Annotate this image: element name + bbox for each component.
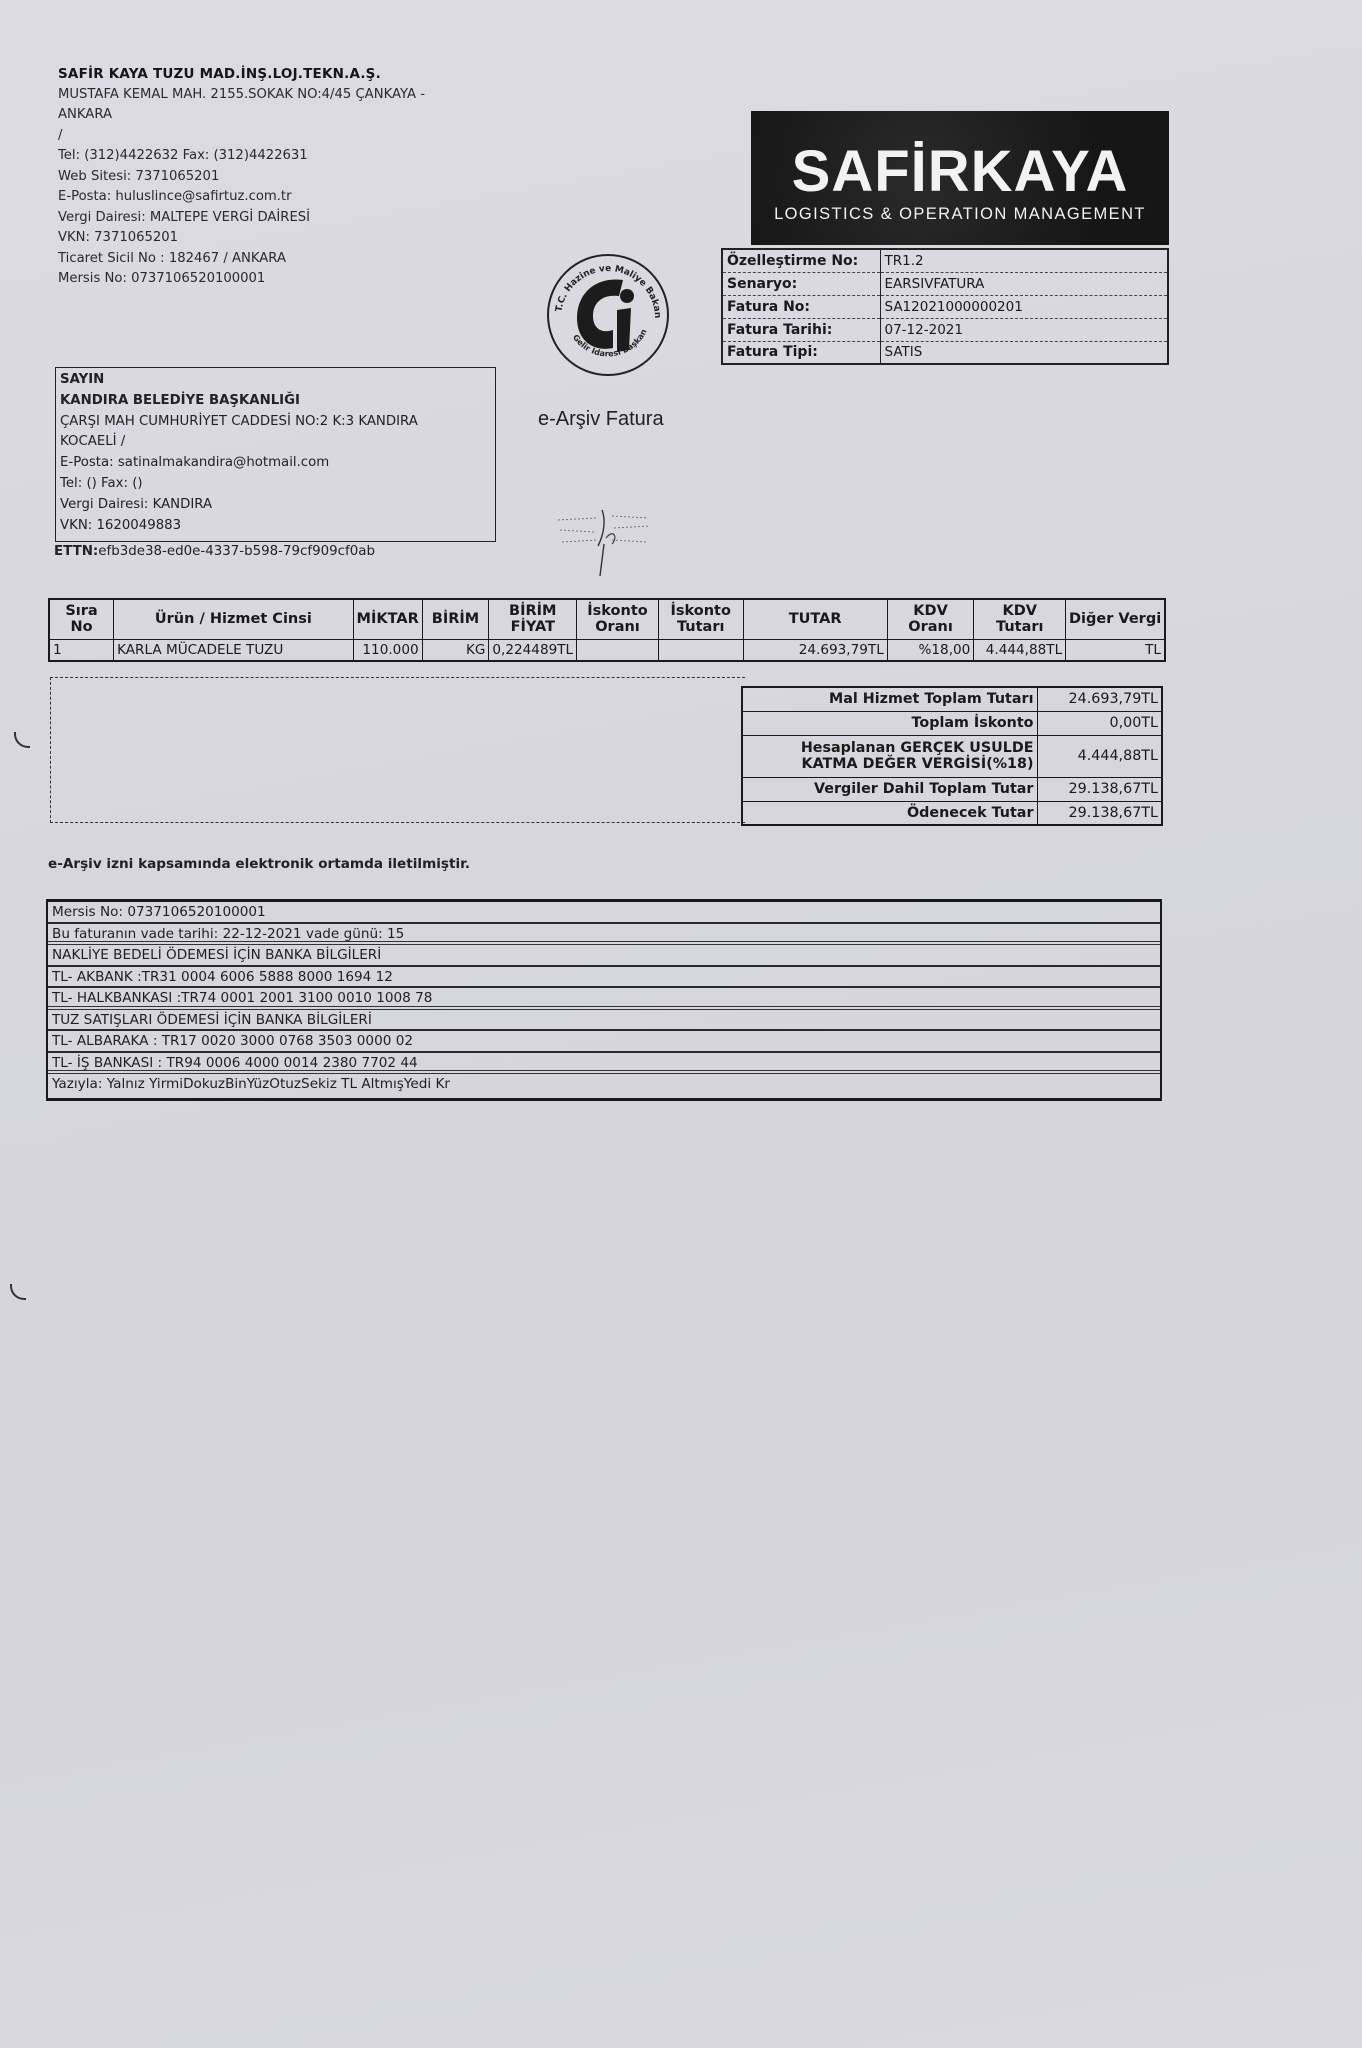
cell-amount: 24.693,79TL — [743, 639, 887, 661]
cell-unit-price: 0,224489TL — [489, 639, 577, 661]
cell-product: KARLA MÜCADELE TUZU — [114, 639, 354, 661]
col-header: Ürün / Hizmet Cinsi — [114, 599, 354, 639]
totals-value: 29.138,67TL — [1037, 801, 1162, 825]
col-header: KDV Oranı — [887, 599, 974, 639]
line-items-table: Sıra No Ürün / Hizmet Cinsi MİKTAR BİRİM… — [48, 598, 1166, 662]
meta-label: Fatura No: — [722, 295, 880, 318]
totals-value: 0,00TL — [1037, 711, 1162, 735]
buyer-salutation: SAYIN — [60, 370, 491, 391]
seller-address-line2: ANKARA — [58, 105, 498, 126]
seller-vkn: VKN: 7371065201 — [58, 228, 498, 249]
col-header: İskonto Tutarı — [658, 599, 743, 639]
buyer-address-line1: ÇARŞI MAH CUMHURİYET CADDESİ NO:2 K:3 KA… — [60, 412, 491, 433]
signature-stamp-icon — [556, 508, 652, 578]
meta-row-invoice-date: Fatura Tarihi: 07-12-2021 — [722, 318, 1168, 341]
notes-area — [50, 677, 745, 823]
totals-row-vat: Hesaplanan GERÇEK USULDE KATMA DEĞER VER… — [742, 735, 1162, 777]
cell-discount-amount — [658, 639, 743, 661]
col-header: BİRİM — [422, 599, 489, 639]
totals-label: Toplam İskonto — [742, 711, 1037, 735]
note-salt-sales-bank-header: TUZ SATIŞLARI ÖDEMESİ İÇİN BANKA BİLGİLE… — [48, 1010, 1160, 1032]
meta-label: Özelleştirme No: — [722, 249, 880, 272]
ettn-label: ETTN: — [54, 544, 98, 559]
cell-unit: KG — [422, 639, 489, 661]
note-halkbank-iban: TL- HALKBANKASI :TR74 0001 2001 3100 001… — [48, 988, 1160, 1010]
seller-email: E-Posta: huluslince@safirtuz.com.tr — [58, 187, 498, 208]
seller-trade-registry: Ticaret Sicil No : 182467 / ANKARA — [58, 249, 498, 270]
buyer-vkn: VKN: 1620049883 — [60, 516, 491, 537]
buyer-name: KANDIRA BELEDİYE BAŞKANLIĞI — [60, 391, 491, 412]
note-isbank-iban: TL- İŞ BANKASI : TR94 0006 4000 0014 238… — [48, 1053, 1160, 1075]
meta-label: Fatura Tipi: — [722, 341, 880, 364]
totals-row-goods-total: Mal Hizmet Toplam Tutarı 24.693,79TL — [742, 687, 1162, 711]
col-header: KDV Tutarı — [974, 599, 1066, 639]
meta-label: Fatura Tarihi: — [722, 318, 880, 341]
payment-notes-table: Mersis No: 0737106520100001 Bu faturanın… — [46, 899, 1162, 1101]
meta-row-customization: Özelleştirme No: TR1.2 — [722, 249, 1168, 272]
col-header: Diğer Vergi — [1066, 599, 1165, 639]
col-header: BİRİM FİYAT — [489, 599, 577, 639]
totals-row-discount: Toplam İskonto 0,00TL — [742, 711, 1162, 735]
seller-website: Web Sitesi: 7371065201 — [58, 167, 498, 188]
items-header-row: Sıra No Ürün / Hizmet Cinsi MİKTAR BİRİM… — [49, 599, 1165, 639]
note-due-date: Bu faturanın vade tarihi: 22-12-2021 vad… — [48, 924, 1160, 946]
seller-mersis: Mersis No: 0737106520100001 — [58, 269, 498, 290]
totals-row-total-incl-tax: Vergiler Dahil Toplam Tutar 29.138,67TL — [742, 777, 1162, 801]
note-mersis: Mersis No: 0737106520100001 — [48, 902, 1160, 924]
transmit-note: e-Arşiv izni kapsamında elektronik ortam… — [48, 856, 470, 872]
gib-seal-icon: T.C. Hazine ve Maliye Bakanlığı Gelir İd… — [545, 252, 671, 378]
meta-row-invoice-no: Fatura No: SA12021000000201 — [722, 295, 1168, 318]
totals-row-payable: Ödenecek Tutar 29.138,67TL — [742, 801, 1162, 825]
paper-mark — [10, 1284, 26, 1300]
cell-vat-amount: 4.444,88TL — [974, 639, 1066, 661]
col-header: MİKTAR — [353, 599, 422, 639]
logo-subtitle: LOGISTICS & OPERATION MANAGEMENT — [751, 205, 1169, 224]
seller-company-name: SAFİR KAYA TUZU MAD.İNŞ.LOJ.TEKN.A.Ş. — [58, 64, 498, 85]
buyer-address-line2: KOCAELİ / — [60, 432, 491, 453]
totals-label: Vergiler Dahil Toplam Tutar — [742, 777, 1037, 801]
meta-row-invoice-type: Fatura Tipi: SATIS — [722, 341, 1168, 364]
note-shipping-bank-header: NAKLİYE BEDELİ ÖDEMESİ İÇİN BANKA BİLGİL… — [48, 945, 1160, 967]
cell-vat-rate: %18,00 — [887, 639, 974, 661]
meta-label: Senaryo: — [722, 272, 880, 295]
seller-info: SAFİR KAYA TUZU MAD.İNŞ.LOJ.TEKN.A.Ş. MU… — [58, 64, 498, 290]
note-amount-in-words: Yazıyla: Yalnız YirmiDokuzBinYüzOtuzSeki… — [48, 1074, 1160, 1098]
seller-address-line3: / — [58, 126, 498, 147]
totals-value: 29.138,67TL — [1037, 777, 1162, 801]
document-title: e-Arşiv Fatura — [538, 408, 664, 431]
logo-title: SAFİRKAYA — [751, 111, 1169, 203]
totals-table: Mal Hizmet Toplam Tutarı 24.693,79TL Top… — [741, 686, 1163, 826]
meta-row-scenario: Senaryo: EARSIVFATURA — [722, 272, 1168, 295]
meta-value: SATIS — [880, 341, 1168, 364]
buyer-info-box: SAYIN KANDIRA BELEDİYE BAŞKANLIĞI ÇARŞI … — [55, 367, 496, 542]
cell-discount-rate — [577, 639, 659, 661]
ettn: ETTN:efb3de38-ed0e-4337-b598-79cf909cf0a… — [54, 544, 375, 559]
col-header: Sıra No — [49, 599, 114, 639]
col-header: TUTAR — [743, 599, 887, 639]
seller-tax-office: Vergi Dairesi: MALTEPE VERGİ DAİRESİ — [58, 208, 498, 229]
cell-other-tax: TL — [1066, 639, 1165, 661]
table-row: 1 KARLA MÜCADELE TUZU 110.000 KG 0,22448… — [49, 639, 1165, 661]
meta-value: 07-12-2021 — [880, 318, 1168, 341]
note-albaraka-iban: TL- ALBARAKA : TR17 0020 3000 0768 3503 … — [48, 1031, 1160, 1053]
meta-value: EARSIVFATURA — [880, 272, 1168, 295]
paper-mark — [14, 732, 30, 748]
invoice-meta-table: Özelleştirme No: TR1.2 Senaryo: EARSIVFA… — [721, 248, 1169, 365]
seller-phone: Tel: (312)4422632 Fax: (312)4422631 — [58, 146, 498, 167]
totals-label: Ödenecek Tutar — [742, 801, 1037, 825]
buyer-email: E-Posta: satinalmakandira@hotmail.com — [60, 453, 491, 474]
seller-address-line1: MUSTAFA KEMAL MAH. 2155.SOKAK NO:4/45 ÇA… — [58, 85, 498, 106]
buyer-tax-office: Vergi Dairesi: KANDIRA — [60, 495, 491, 516]
meta-value: SA12021000000201 — [880, 295, 1168, 318]
totals-value: 4.444,88TL — [1037, 735, 1162, 777]
cell-seq: 1 — [49, 639, 114, 661]
buyer-phone: Tel: () Fax: () — [60, 474, 491, 495]
col-header: İskonto Oranı — [577, 599, 659, 639]
totals-label: Mal Hizmet Toplam Tutarı — [742, 687, 1037, 711]
cell-quantity: 110.000 — [353, 639, 422, 661]
ettn-value: efb3de38-ed0e-4337-b598-79cf909cf0ab — [98, 544, 375, 559]
totals-value: 24.693,79TL — [1037, 687, 1162, 711]
meta-value: TR1.2 — [880, 249, 1168, 272]
company-logo: SAFİRKAYA LOGISTICS & OPERATION MANAGEME… — [751, 111, 1169, 245]
note-akbank-iban: TL- AKBANK :TR31 0004 6006 5888 8000 169… — [48, 967, 1160, 989]
totals-label: Hesaplanan GERÇEK USULDE KATMA DEĞER VER… — [742, 735, 1037, 777]
